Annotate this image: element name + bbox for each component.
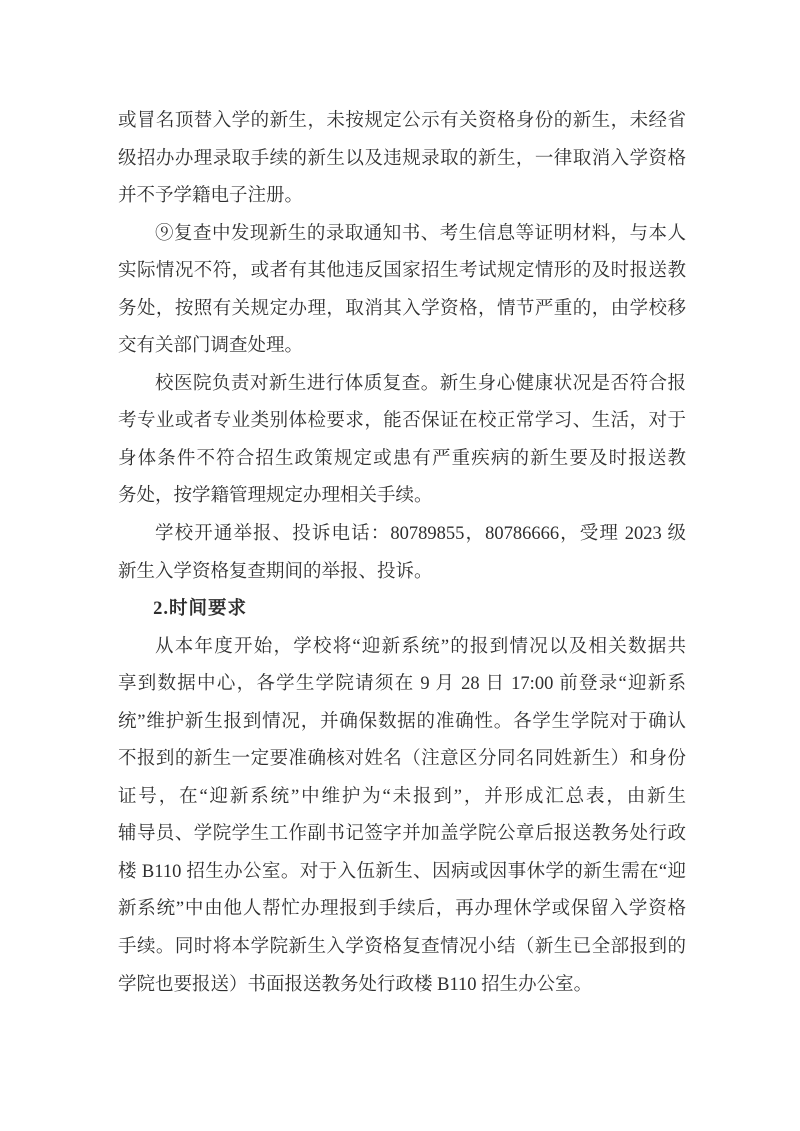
text-line: 楼 B110 招生办公室。对于入伍新生、因病或因事休学的新生需在“迎 — [118, 854, 686, 892]
text-line: 学校开通举报、投诉电话：80789855，80786666，受理 2023 级 — [118, 516, 686, 554]
text-line: 校医院负责对新生进行体质复查。新生身心健康状况是否符合报 — [118, 366, 686, 404]
text-line: 手续。同时将本学院新生入学资格复查情况小结（新生已全部报到的 — [118, 929, 686, 967]
section-heading: 2.时间要求 — [118, 591, 686, 629]
text-line: 证号，在“迎新系统”中维护为“未报到”，并形成汇总表，由新生 — [118, 779, 686, 817]
text-line: 或冒名顶替入学的新生，未按规定公示有关资格身份的新生，未经省 — [118, 103, 686, 141]
text-line: 学院也要报送）书面报送教务处行政楼 B110 招生办公室。 — [118, 967, 686, 1005]
text-line: 不报到的新生一定要准确核对姓名（注意区分同名同姓新生）和身份 — [118, 741, 686, 779]
text-line: 务处，按照有关规定办理，取消其入学资格，情节严重的，由学校移 — [118, 291, 686, 329]
text-line: 务处，按学籍管理规定办理相关手续。 — [118, 478, 686, 516]
text-line: 享到数据中心，各学生学院请须在 9 月 28 日 17:00 前登录“迎新系 — [118, 666, 686, 704]
text-line: ⑨复查中发现新生的录取通知书、考生信息等证明材料，与本人 — [118, 216, 686, 254]
text-line: 新系统”中由他人帮忙办理报到手续后，再办理休学或保留入学资格 — [118, 891, 686, 929]
text-line: 实际情况不符，或者有其他违反国家招生考试规定情形的及时报送教 — [118, 253, 686, 291]
text-line: 身体条件不符合招生政策规定或患有严重疾病的新生要及时报送教 — [118, 441, 686, 479]
text-line: 考专业或者专业类别体检要求，能否保证在校正常学习、生活，对于 — [118, 403, 686, 441]
text-line: 级招办办理录取手续的新生以及违规录取的新生，一律取消入学资格 — [118, 141, 686, 179]
text-line: 从本年度开始，学校将“迎新系统”的报到情况以及相关数据共 — [118, 629, 686, 667]
text-line: 辅导员、学院学生工作副书记签字并加盖学院公章后报送教务处行政 — [118, 816, 686, 854]
document-page: 或冒名顶替入学的新生，未按规定公示有关资格身份的新生，未经省 级招办办理录取手续… — [118, 103, 686, 1004]
text-line: 新生入学资格复查期间的举报、投诉。 — [118, 554, 686, 592]
text-line: 交有关部门调查处理。 — [118, 328, 686, 366]
text-line: 统”维护新生报到情况，并确保数据的准确性。各学生学院对于确认 — [118, 704, 686, 742]
text-line: 并不予学籍电子注册。 — [118, 178, 686, 216]
